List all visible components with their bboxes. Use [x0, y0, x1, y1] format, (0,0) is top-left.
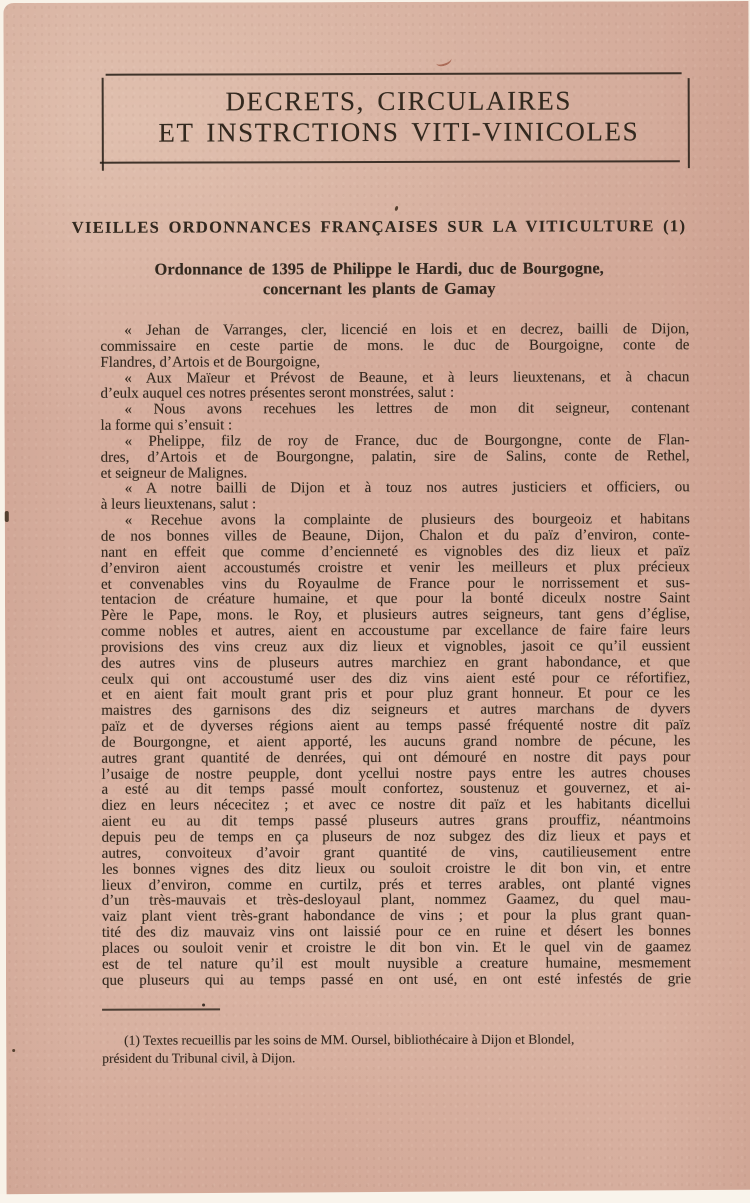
masthead-rule-bottom [100, 160, 680, 164]
ink-speck [12, 1049, 15, 1052]
section-heading: VIEILLES ORDONNANCES FRANÇAISES SUR LA V… [4, 216, 750, 238]
ordinance-subtitle: Ordonnance de 1395 de Philippe le Hardi,… [4, 258, 750, 300]
masthead-title-line1: DECRETS, CIRCULAIRES [111, 85, 687, 118]
masthead-title: DECRETS, CIRCULAIRES ET INSTRCTIONS VITI… [111, 85, 687, 149]
scanned-document-page: DECRETS, CIRCULAIRES ET INSTRCTIONS VITI… [0, 0, 750, 1203]
pen-mark [434, 54, 452, 68]
ink-dot [202, 1003, 205, 1006]
body-line: « A notre bailli de Dijon et à touz nos … [101, 481, 690, 498]
masthead-rule-left [102, 78, 104, 171]
body-line: commissaire en ceste partie de mons. le … [100, 338, 689, 355]
footnote: (1) Textes recueillis par les soins de M… [102, 1030, 691, 1068]
body-line: que pluseurs qui au temps passé en ont u… [102, 972, 691, 989]
edge-mark [5, 511, 9, 522]
ink-speck [394, 206, 399, 212]
body-line: dres, d’Artois et de Bourgongne, palatin… [101, 449, 690, 466]
subtitle-line1: Ordonnance de 1395 de Philippe le Hardi,… [4, 258, 750, 280]
subtitle-line2: concernant les plants de Gamay [4, 278, 750, 300]
footnote-separator-rule [102, 1008, 220, 1010]
body-line: « Nous avons recehues les lettres de mon… [100, 401, 689, 418]
paper-sheet: DECRETS, CIRCULAIRES ET INSTRCTIONS VITI… [3, 1, 750, 1196]
footnote-line1: (1) Textes recueillis par les soins de M… [102, 1030, 691, 1050]
masthead-title-line2: ET INSTRCTIONS VITI-VINICOLES [111, 116, 687, 149]
masthead-rule-right [688, 78, 690, 168]
footnote-line2: président du Tribunal civil, à Dijon. [102, 1048, 691, 1068]
body-text: « Jehan de Varranges, cler, licencié en … [100, 322, 691, 989]
scan-corner [0, 0, 12, 12]
masthead-rule-top [106, 72, 682, 76]
